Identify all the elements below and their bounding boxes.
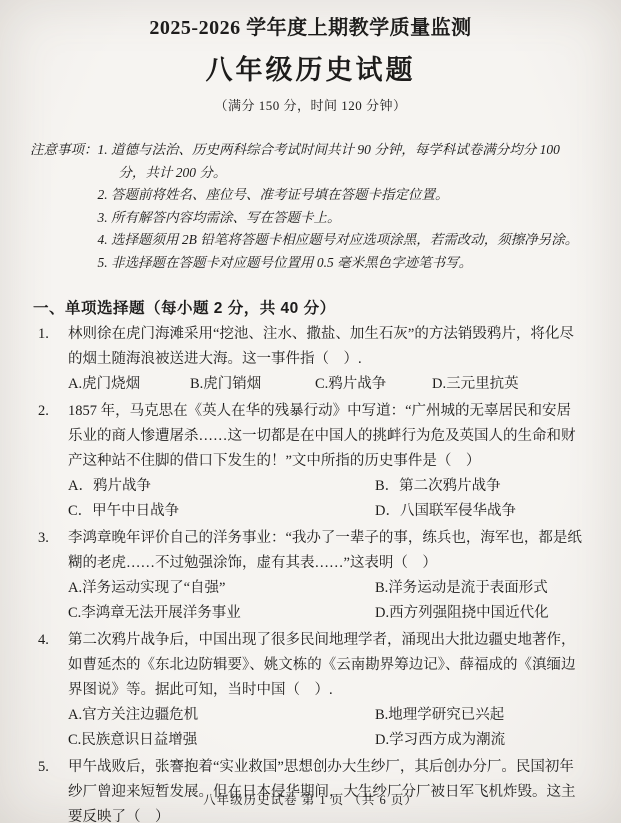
option-a: A.洋务运动实现了“自强” [68,576,375,601]
notice-item-3: 3. 所有解答内容均需涂、写在答题卡上。 [98,207,588,230]
page-footer: 八年级历史试卷 第 1 页 （共 6 页） [0,790,621,808]
option-c: C.民族意识日益增强 [68,728,375,753]
option-b: B.洋务运动是流于表面形式 [375,576,585,601]
notice-item-1: 1. 道德与法治、历史两科综合考试时间共计 90 分钟，每学科试卷满分均分 10… [98,139,588,184]
question-text: 第二次鸦片战争后，中国出现了很多民间地理学者，涌现出大批边疆史地著作，如曹延杰的… [68,628,585,703]
option-b: B.虎门销烟 [190,372,315,397]
notice-item-5: 5. 非选择题在答题卡对应题号位置用 0.5 毫米黑色字迹笔书写。 [98,252,588,275]
option-a: A.官方关注边疆危机 [68,703,375,728]
notice-label: 注意事项： [30,139,98,274]
question-text: 李鸿章晚年评价自己的洋务事业：“我办了一辈子的事，练兵也，海军也，都是纸糊的老虎… [68,526,585,576]
question-options: A.虎门烧烟 B.虎门销烟 C.鸦片战争 D.三元里抗英 [68,372,585,397]
exam-paper-title: 八年级历史试题 [0,48,621,87]
option-c: C.鸦片战争 [315,372,432,397]
question-1: 1. 林则徐在虎门海滩采用“挖池、注水、撒盐、加生石灰”的方法销毁鸦片，将化尽的… [38,322,585,397]
notice-items: 1. 道德与法治、历史两科综合考试时间共计 90 分钟，每学科试卷满分均分 10… [98,139,588,274]
question-2: 2. 1857 年，马克思在《英人在华的残暴行动》中写道：“广州城的无辜居民和安… [38,399,585,524]
exam-score-time: （满分 150 分，时间 120 分钟） [0,95,621,114]
question-number: 2. [38,399,68,524]
question-number: 5. [38,755,68,823]
notice-item-2: 2. 答题前将姓名、座位号、准考证号填在答题卡指定位置。 [98,184,588,207]
notice-item-4: 4. 选择题须用 2B 铅笔将答题卡相应题号对应选项涂黑，若需改动，须擦净另涂。 [98,229,588,252]
question-5: 5. 甲午战败后，张謇抱着“实业救国”思想创办大生纱厂，其后创办分厂。民国初年纱… [38,755,585,823]
option-b: B．第二次鸦片战争 [375,474,585,499]
option-d: D.西方列强阻挠中国近代化 [375,601,585,626]
option-a: A.虎门烧烟 [68,372,190,397]
question-text: 甲午战败后，张謇抱着“实业救国”思想创办大生纱厂，其后创办分厂。民国初年纱厂曾迎… [68,755,585,823]
question-options: A.官方关注边疆危机 B.地理学研究已兴起 C.民族意识日益增强 D.学习西方成… [68,703,585,753]
exam-paper: 2025-2026 学年度上期教学质量监测 八年级历史试题 （满分 150 分，… [0,0,621,823]
question-3: 3. 李鸿章晚年评价自己的洋务事业：“我办了一辈子的事，练兵也，海军也，都是纸糊… [38,526,585,626]
question-text: 1857 年，马克思在《英人在华的残暴行动》中写道：“广州城的无辜居民和安居乐业… [68,399,585,474]
question-4: 4. 第二次鸦片战争后，中国出现了很多民间地理学者，涌现出大批边疆史地著作，如曹… [38,628,585,753]
section-one-heading: 一、单项选择题（每小题 2 分，共 40 分） [33,296,587,318]
option-d: D.三元里抗英 [432,372,585,397]
option-c: C.李鸿章无法开展洋务事业 [68,601,375,626]
option-a: A．鸦片战争 [68,474,375,499]
question-options: A.洋务运动实现了“自强” B.洋务运动是流于表面形式 C.李鸿章无法开展洋务事… [68,576,585,626]
option-d: D.学习西方成为潮流 [375,728,585,753]
exam-session-title: 2025-2026 学年度上期教学质量监测 [0,0,621,40]
question-options: A．鸦片战争 B．第二次鸦片战争 C．甲午中日战争 D．八国联军侵华战争 [68,474,585,524]
question-text: 林则徐在虎门海滩采用“挖池、注水、撒盐、加生石灰”的方法销毁鸦片，将化尽的烟土随… [68,322,585,372]
option-c: C．甲午中日战争 [68,499,375,524]
question-list: 1. 林则徐在虎门海滩采用“挖池、注水、撒盐、加生石灰”的方法销毁鸦片，将化尽的… [38,322,585,823]
option-d: D．八国联军侵华战争 [375,499,585,524]
notice-block: 注意事项： 1. 道德与法治、历史两科综合考试时间共计 90 分钟，每学科试卷满… [30,139,587,274]
question-number: 1. [38,322,68,397]
option-b: B.地理学研究已兴起 [375,703,585,728]
question-number: 3. [38,526,68,626]
question-number: 4. [38,628,68,753]
